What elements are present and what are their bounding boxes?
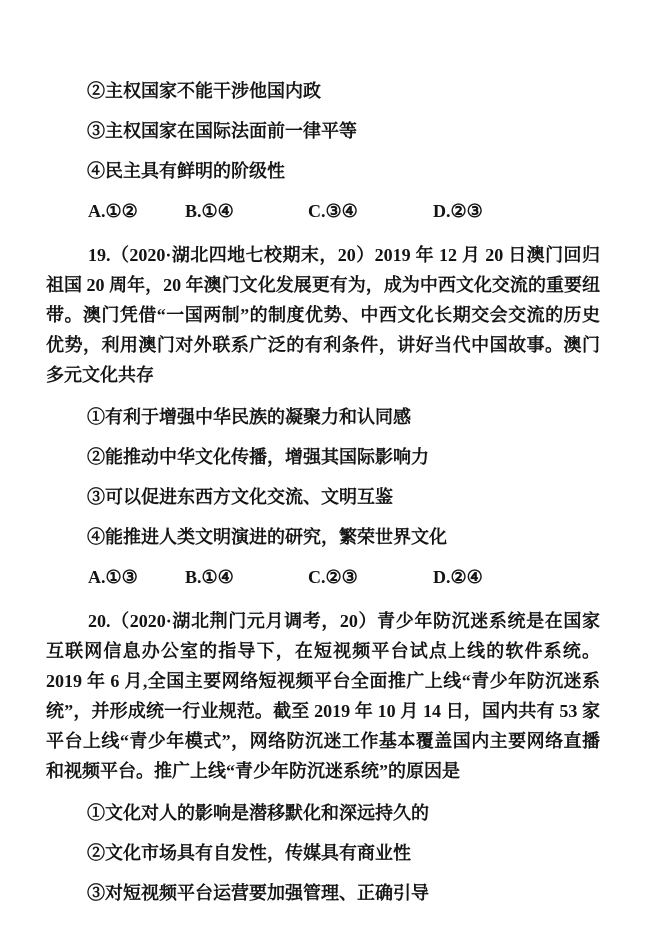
q18-option-d: D.②③	[433, 196, 483, 226]
q20-stem: 20.（2020·湖北荆门元月调考，20）青少年防沉迷系统是在国家互联网信息办公…	[46, 606, 600, 786]
exam-paper-page: ②主权国家不能干涉他国内政 ③主权国家在国际法面前一律平等 ④民主具有鲜明的阶级…	[0, 0, 660, 933]
q20-statement-2: ②文化市场具有自发性，传媒具有商业性	[46, 838, 600, 868]
q18-statement-2: ②主权国家不能干涉他国内政	[46, 76, 600, 106]
q19-statement-2: ②能推动中华文化传播，增强其国际影响力	[46, 442, 600, 472]
q18-statement-4: ④民主具有鲜明的阶级性	[46, 156, 600, 186]
q20-statement-3: ③对短视频平台运营要加强管理、正确引导	[46, 878, 600, 908]
q19-option-b: B.①④	[185, 562, 234, 592]
q20-statement-1: ①文化对人的影响是潜移默化和深远持久的	[46, 798, 600, 828]
q18-option-b: B.①④	[185, 196, 234, 226]
q19-option-d: D.②④	[433, 562, 483, 592]
q18-statement-3: ③主权国家在国际法面前一律平等	[46, 116, 600, 146]
q18-option-a: A.①②	[88, 196, 138, 226]
q18-options-row: A.①② B.①④ C.③④ D.②③	[46, 196, 600, 226]
q19-option-c: C.②③	[308, 562, 358, 592]
q19-statement-3: ③可以促进东西方文化交流、文明互鉴	[46, 482, 600, 512]
q19-statement-1: ①有利于增强中华民族的凝聚力和认同感	[46, 402, 600, 432]
q18-option-c: C.③④	[308, 196, 358, 226]
q19-option-a: A.①③	[88, 562, 138, 592]
q19-stem: 19.（2020·湖北四地七校期末，20）2019 年 12 月 20 日澳门回…	[46, 240, 600, 390]
q19-statement-4: ④能推进人类文明演进的研究，繁荣世界文化	[46, 522, 600, 552]
q19-options-row: A.①③ B.①④ C.②③ D.②④	[46, 562, 600, 592]
